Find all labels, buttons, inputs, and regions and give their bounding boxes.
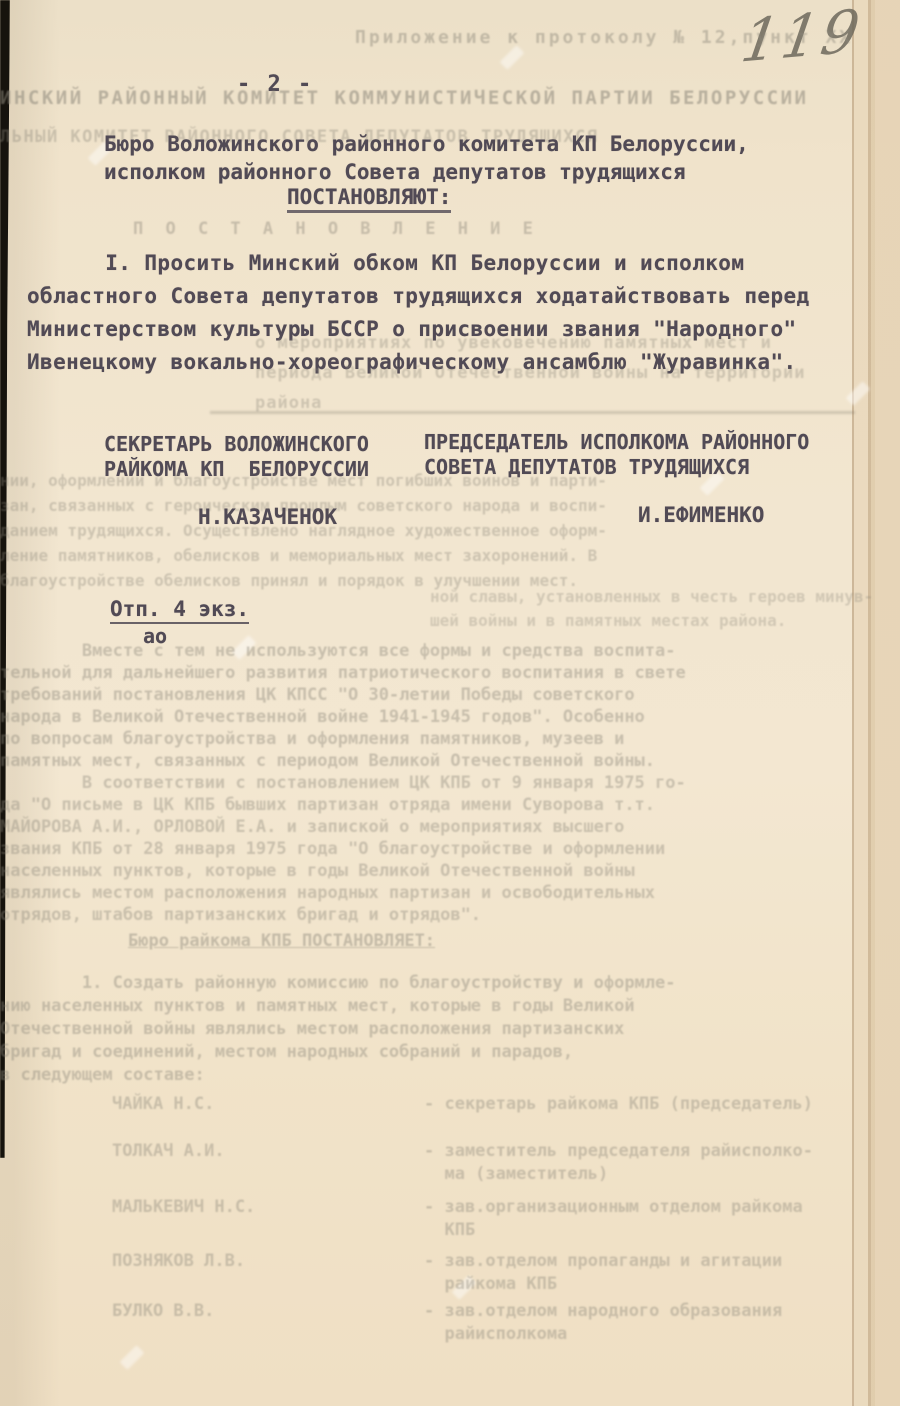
bleedthrough-letterhead-line1: ИНСКИЙ РАЙОННЫЙ КОМИТЕТ КОММУНИСТИЧЕСКОЙ… [0, 86, 808, 111]
copies-note-text: Отп. 4 экз. [110, 597, 249, 624]
bleedthrough-sig-area: нии, оформлении и благоустройстве мест п… [0, 468, 607, 593]
resolution-keyword-text: ПОСТАНОВЛЯЮТ: [287, 185, 451, 213]
signature-left-name: Н.КАЗАЧЕНОК [198, 504, 337, 530]
page-edge-lines [852, 0, 900, 1406]
bleedthrough-commission-name: ЧАЙКА Н.С. [112, 1093, 214, 1115]
bleedthrough-spaced-title: П О С Т А Н О В Л Е Н И Е [133, 218, 539, 240]
bleedthrough-commission-name: ПОЗНЯКОВ Л.В. [112, 1250, 245, 1272]
bleedthrough-commission-name: МАЛЬКЕВИЧ Н.С. [112, 1196, 255, 1218]
bleedthrough-paragraph-3: 1. Создать районную комиссию по благоуст… [0, 972, 676, 1087]
bleedthrough-annotation: Приложение к протоколу № 12,пункт XX [355, 26, 853, 49]
bleedthrough-rule [210, 411, 855, 414]
bleedthrough-resolve-heading: Бюро райкома КПБ ПОСТАНОВЛЯЕТ: [128, 930, 435, 952]
bleedthrough-commission-name: БУЛКО В.В. [112, 1300, 214, 1322]
bleedthrough-commission-desc: - зав.отделом пропаганды и агитации райк… [424, 1250, 782, 1296]
archive-watermark [120, 1345, 145, 1370]
bleedthrough-subject: о мероприятиях по увековечению памятных … [255, 328, 806, 418]
bleedthrough-paragraph-1: Вместе с тем не используются все формы и… [0, 640, 686, 772]
bleedthrough-commission-desc: - зав.отделом народного образования райи… [424, 1300, 782, 1346]
signature-right-name: И.ЕФИМЕНКО [638, 502, 764, 528]
bleedthrough-paragraph-2: В соответствии с постановлением ЦК КПБ о… [0, 772, 686, 926]
bleedthrough-copies-side: ной славы, установленных в честь героев … [430, 585, 873, 633]
scanned-document-page: 119 Приложение к протоколу № 12,пункт XX… [0, 0, 900, 1406]
bleedthrough-commission-desc: - зав.организационным отделом райкома КП… [424, 1196, 803, 1242]
intro-paragraph: Бюро Воложинского районного комитета КП … [104, 130, 749, 186]
bleedthrough-commission-name: ТОЛКАЧ А.И. [112, 1140, 225, 1162]
copies-note: Отп. 4 экз. [110, 596, 249, 622]
resolution-keyword: ПОСТАНОВЛЯЮТ: [287, 184, 451, 210]
bleedthrough-commission-desc: - секретарь райкома КПБ (председатель) [424, 1093, 813, 1116]
bleedthrough-commission-desc: - заместитель председателя райисполко- м… [424, 1140, 813, 1186]
